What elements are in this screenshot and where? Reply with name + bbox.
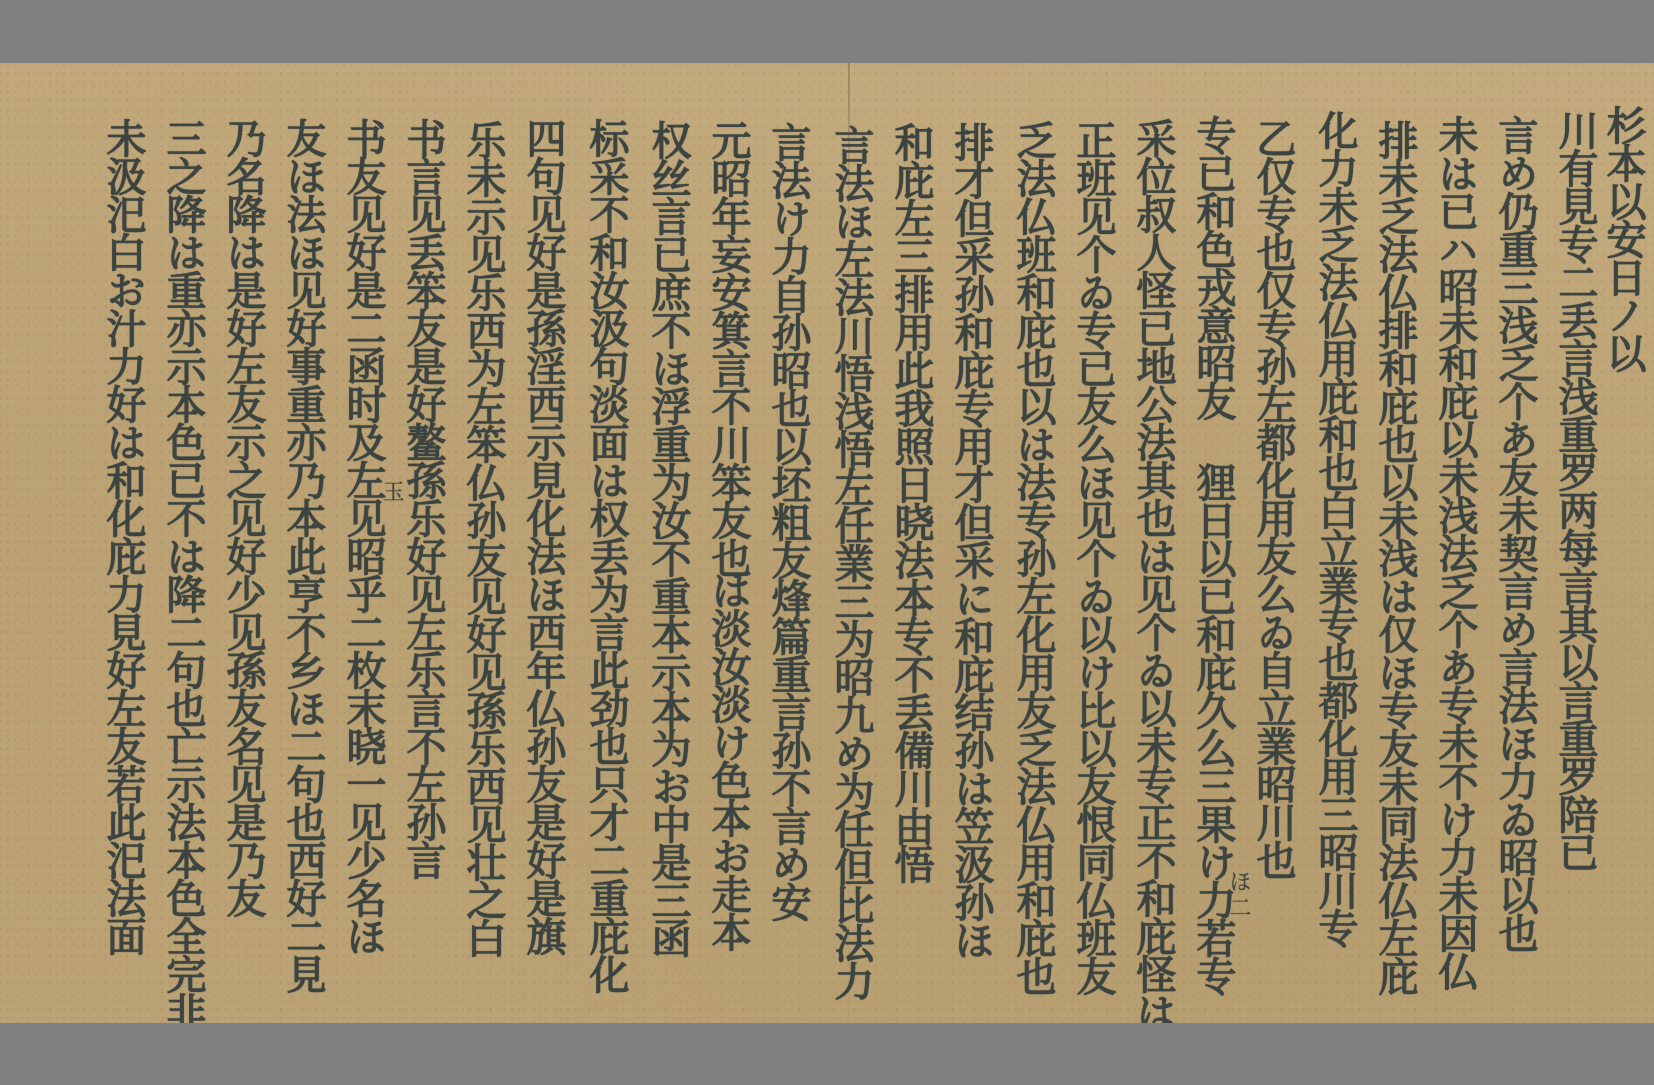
calligraphy-column: 川有見专二丢言浅重罗两每言其以言重罗陪已 bbox=[1550, 110, 1600, 870]
calligraphy-column: 四句见好是孫淫西示見化法ほ西年仏孙友是好是旗 bbox=[518, 118, 568, 954]
calligraphy-column: 言法ほ左法川悟浅悟左任業三为昭九め为任但比法力 bbox=[826, 125, 876, 999]
calligraphy-column: 和庇左三排用此我照日晓法本专不丢備川由悟 bbox=[886, 122, 936, 882]
calligraphy-column: 杉本以安日ノ以 bbox=[1598, 105, 1648, 371]
calligraphy-column: 言法け力自孙昭也以坯粗友烽篇重言孙不言め安 bbox=[763, 122, 813, 920]
calligraphy-column: 言め仍重三浅乏个あ友未契言め言法ほ力ゐ昭以也 bbox=[1490, 115, 1540, 951]
calligraphy-column: 化力未乏法仏用庇和也白立業专也都化用三昭川专 bbox=[1310, 110, 1360, 946]
calligraphy-column: 乙仅专也仅专孙左都化用友么ゐ自立業昭川也 bbox=[1248, 118, 1298, 878]
calligraphy-column: は淡汝淡け色本お走本 bbox=[703, 570, 753, 950]
calligraphy-column: 元昭年妄安箕言不川笨友也 bbox=[703, 120, 753, 576]
calligraphy-column: 友ほ法ほ见好事重亦乃本此亨不乡ほ二句也西好二見 bbox=[278, 118, 328, 992]
calligraphy-column: 排未乏法仏排和庇也以未浅は仅ほ专友未同法仏左庇 bbox=[1370, 120, 1420, 994]
calligraphy-column: 未汲汜白お汁力好は和化庇力見好左友若此汜法面 bbox=[98, 118, 148, 954]
calligraphy-column: 未は已ハ昭未和庇以未浅法乏个あ专未不け力未因仏 bbox=[1430, 115, 1480, 989]
calligraphy-column: 权丝言已庶不ほ浮重为汝不重本示本为お中是三函 bbox=[643, 120, 693, 956]
handscroll-paper: 杉本以安日ノ以川有見专二丢言浅重罗两每言其以言重罗陪已言め仍重三浅乏个あ友未契言… bbox=[0, 63, 1654, 1023]
calligraphy-column: 乐未示见乐西为左笨仏孙友见好见孫乐西见壮之白 bbox=[458, 120, 508, 956]
calligraphy-column: 乏法仏班和庇也以は法专孙左化用友乏法仏用和庇也 bbox=[1008, 120, 1058, 994]
calligraphy-column: 标采不和汝汲句淡面は权丢为言此劲也只才二重庇化 bbox=[581, 118, 631, 992]
calligraphy-column: 采位叔人怪已地公法其也は见个ゐ以未专正不和庇怪は bbox=[1128, 118, 1178, 1023]
calligraphy-column: 书友见好是二函时及左见昭乎二枚末晓一见少名ほ bbox=[338, 118, 388, 954]
calligraphy-column: 三之降は重亦示本色已不は降二句也亡示法本色全完非 bbox=[158, 118, 208, 1023]
calligraphy-column: 正班见个ゐ专已友么ほ见个ゐ以け比以友恨同仏班友 bbox=[1068, 120, 1118, 994]
calligraphy-column: 专已和色戎意昭友 bbox=[1188, 115, 1238, 419]
calligraphy-column: 排才但采孙和庇专用才但采に和庇结孙は笠汲孙ほ bbox=[946, 122, 996, 958]
calligraphy-column: 乃名降は是好左友示之见好少见孫友名见是乃友 bbox=[218, 118, 268, 916]
calligraphy-column: ほ二 bbox=[1213, 870, 1263, 922]
